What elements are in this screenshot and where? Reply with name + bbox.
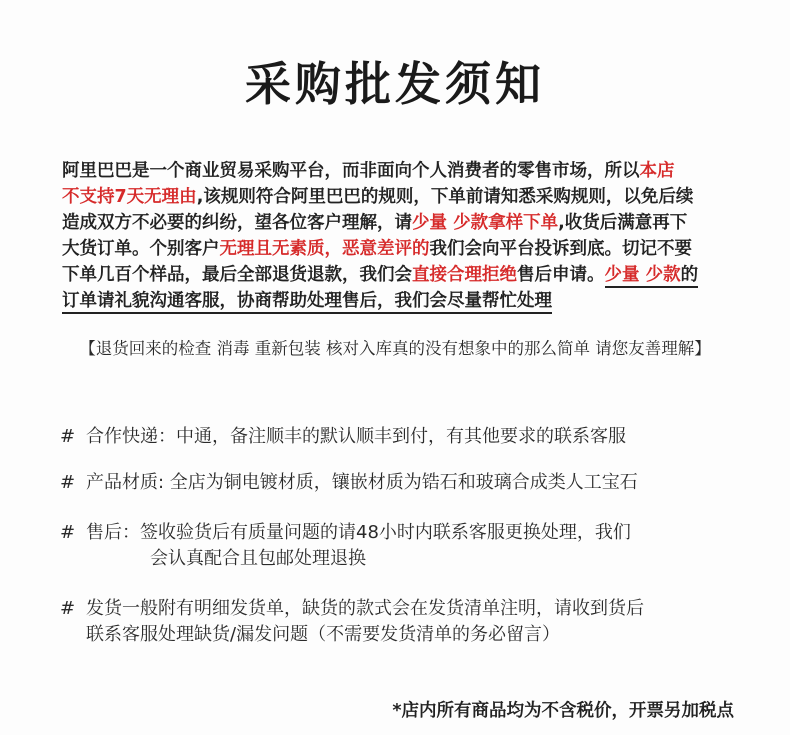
highlight-segment: 不支持7天无理由 — [62, 187, 197, 207]
intro-line: 订单请礼貌沟通客服，协商帮助处理售后，我们会尽量帮忙处理 — [62, 288, 742, 314]
text-segment: 售后申请。 — [517, 265, 605, 285]
notice-text-continued: 联系客服处理缺货/漏发问题（不需要发货清单的务必留言） — [60, 622, 644, 648]
notice-text: 合作快递：中通，备注顺丰的默认顺丰到付，有其他要求的联系客服 — [86, 426, 626, 447]
hash-icon: # — [60, 424, 86, 450]
notice-item-material: #产品材质: 全店为铜电镀材质，镶嵌材质为锆石和玻璃合成类人工宝石 — [60, 470, 638, 496]
notice-text: 售后：签收验货后有质量问题的请48小时内联系客服更换处理，我们 — [86, 522, 631, 543]
underlined-segment: 订单请礼貌沟通客服，协商帮助处理售后，我们会尽量帮忙处理 — [62, 291, 552, 314]
text-segment: ,收货后满意再下 — [558, 213, 687, 233]
notice-item-shipping: #合作快递：中通，备注顺丰的默认顺丰到付，有其他要求的联系客服 — [60, 424, 626, 450]
intro-line: 下单几百个样品，最后全部退货退款，我们会直接合理拒绝售后申请。少量 少款的 — [62, 262, 742, 288]
highlight-segment: 直接合理拒绝 — [412, 265, 517, 285]
text-segment: 下单几百个样品，最后全部退货退款，我们会 — [62, 265, 412, 285]
text-segment: 我们会向平台投诉到底。切记不要 — [430, 239, 693, 259]
notice-item-delivery: #发货一般附有明细发货单，缺货的款式会在发货清单注明，请收到货后 联系客服处理缺… — [60, 596, 644, 648]
text-segment: 大货订单。个别客户 — [62, 239, 220, 259]
underlined-highlight-segment: 少量 少款 — [605, 265, 681, 288]
highlight-segment: 少量 少款拿样下单 — [412, 213, 558, 233]
hash-icon: # — [60, 470, 86, 496]
highlight-segment: 无理且无素质，恶意差评的 — [220, 239, 430, 259]
tax-footnote: *店内所有商品均为不含税价，开票另加税点 — [392, 697, 734, 722]
notice-text: 发货一般附有明细发货单，缺货的款式会在发货清单注明，请收到货后 — [86, 598, 644, 619]
intro-line: 不支持7天无理由,该规则符合阿里巴巴的规则，下单前请知悉采购规则，以免后续 — [62, 184, 742, 210]
page-title: 采购批发须知 — [0, 48, 790, 114]
notice-text-continued: 会认真配合且包邮处理退换 — [60, 546, 631, 572]
intro-line: 造成双方不必要的纠纷，望各位客户理解，请少量 少款拿样下单,收货后满意再下 — [62, 210, 742, 236]
notice-item-after-sales: #售后：签收验货后有质量问题的请48小时内联系客服更换处理，我们 会认真配合且包… — [60, 520, 631, 572]
text-segment: 造成双方不必要的纠纷，望各位客户理解，请 — [62, 213, 412, 233]
intro-line: 大货订单。个别客户无理且无素质，恶意差评的我们会向平台投诉到底。切记不要 — [62, 236, 742, 262]
intro-line: 阿里巴巴是一个商业贸易采购平台，而非面向个人消费者的零售市场，所以本店 — [62, 158, 742, 184]
hash-icon: # — [60, 596, 86, 622]
text-segment: ,该规则符合阿里巴巴的规则，下单前请知悉采购规则，以免后续 — [197, 187, 694, 207]
text-segment: 阿里巴巴是一个商业贸易采购平台，而非面向个人消费者的零售市场，所以 — [62, 161, 640, 181]
hash-icon: # — [60, 520, 86, 546]
underlined-segment: 的 — [681, 265, 699, 288]
return-note: 【退货回来的检查 消毒 重新包装 核对入库真的没有想象中的那么简单 请您友善理解… — [0, 335, 790, 359]
highlight-segment: 本店 — [640, 161, 675, 181]
intro-paragraph: 阿里巴巴是一个商业贸易采购平台，而非面向个人消费者的零售市场，所以本店 不支持7… — [62, 158, 742, 314]
notice-text: 产品材质: 全店为铜电镀材质，镶嵌材质为锆石和玻璃合成类人工宝石 — [86, 472, 638, 493]
